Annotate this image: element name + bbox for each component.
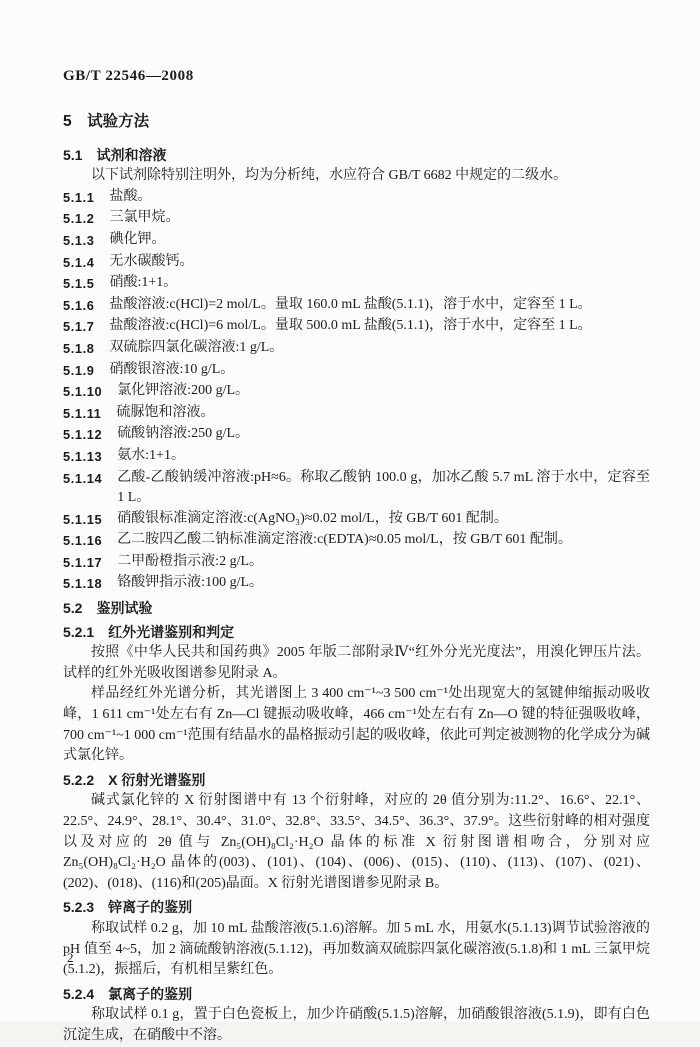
clause-5-1-18: 5.1.18 铬酸钾指示液:100 g/L。	[63, 573, 650, 595]
clause-number: 5.1.8	[63, 338, 94, 360]
clause-number: 5.1.1	[63, 187, 94, 209]
clause-text: 硫脲饱和溶液。	[116, 403, 650, 425]
clause-5-1-12: 5.1.12 硫酸钠溶液:250 g/L。	[63, 424, 650, 446]
clause-5-1-15: 5.1.15 硝酸银标准滴定溶液:c(AgNO₃)≈0.02 mol/L，按 G…	[63, 509, 650, 531]
clause-text: 氯化钾溶液:200 g/L。	[117, 381, 650, 403]
clause-text: 盐酸。	[109, 187, 650, 209]
clause-5-1-2: 5.1.2 三氯甲烷。	[63, 208, 650, 230]
paragraph-chloride-identification: 称取试样 0.1 g，置于白色瓷板上，加少许硝酸(5.1.5)溶解，加硝酸银溶液…	[63, 1005, 650, 1022]
section-5-2-4-heading: 5.2.4 氯离子的鉴别	[63, 984, 650, 1005]
section-5-2-1-heading: 5.2.1 红外光谱鉴别和判定	[63, 622, 650, 643]
clause-text: 碘化钾。	[109, 230, 650, 252]
clause-number: 5.1.18	[63, 573, 102, 595]
clause-text: 二甲酚橙指示液:2 g/L。	[117, 552, 650, 574]
clause-5-1-17: 5.1.17 二甲酚橙指示液:2 g/L。	[63, 552, 650, 574]
clause-number: 5.1.7	[63, 316, 94, 338]
clause-number: 5.1.13	[63, 446, 102, 468]
clause-5-1-5: 5.1.5 硝酸:1+1。	[63, 273, 650, 295]
clause-number: 5.1.4	[63, 252, 94, 274]
document-body: 5 试验方法 5.1 试剂和溶液 以下试剂除特别注明外，均为分析纯，水应符合 G…	[63, 112, 650, 1022]
clause-text: 三氯甲烷。	[109, 208, 650, 230]
clause-number: 5.1.16	[63, 530, 102, 552]
section-5-1-heading: 5.1 试剂和溶液	[63, 145, 650, 166]
clause-text: 硝酸:1+1。	[109, 273, 650, 295]
clause-number: 5.1.10	[63, 381, 102, 403]
clause-text: 无水碳酸钙。	[109, 252, 650, 274]
clause-5-1-9: 5.1.9 硝酸银溶液:10 g/L。	[63, 360, 650, 382]
clause-number: 5.1.12	[63, 424, 102, 446]
clause-text: 铬酸钾指示液:100 g/L。	[117, 573, 650, 595]
clause-number: 5.1.11	[63, 403, 101, 425]
section-5-1-intro: 以下试剂除特别注明外，均为分析纯，水应符合 GB/T 6682 中规定的二级水。	[63, 166, 650, 187]
paragraph-ir-result: 样品经红外光谱分析，其光谱图上 3 400 cm⁻¹~3 500 cm⁻¹处出现…	[63, 684, 650, 766]
clause-5-1-8: 5.1.8 双硫腙四氯化碳溶液:1 g/L。	[63, 338, 650, 360]
clause-text: 乙二胺四乙酸二钠标准滴定溶液:c(EDTA)≈0.05 mol/L，按 GB/T…	[117, 530, 650, 552]
paragraph-ir-method: 按照《中华人民共和国药典》2005 年版二部附录Ⅳ“红外分光光度法”，用溴化钾压…	[63, 643, 650, 684]
section-5-2-2-heading: 5.2.2 X 衍射光谱鉴别	[63, 770, 650, 791]
clause-5-1-3: 5.1.3 碘化钾。	[63, 230, 650, 252]
clause-5-1-10: 5.1.10 氯化钾溶液:200 g/L。	[63, 381, 650, 403]
clause-5-1-7: 5.1.7 盐酸溶液:c(HCl)=6 mol/L。量取 500.0 mL 盐酸…	[63, 316, 650, 338]
clause-5-1-16: 5.1.16 乙二胺四乙酸二钠标准滴定溶液:c(EDTA)≈0.05 mol/L…	[63, 530, 650, 552]
clause-5-1-1: 5.1.1 盐酸。	[63, 187, 650, 209]
paragraph-xrd: 碱式氯化锌的 X 衍射图谱中有 13 个衍射峰，对应的 2θ 值分别为:11.2…	[63, 791, 650, 894]
standard-number: GB/T 22546—2008	[63, 68, 650, 85]
clause-text: 乙酸-乙酸钠缓冲溶液:pH≈6。称取乙酸钠 100.0 g，加冰乙酸 5.7 m…	[117, 468, 650, 509]
section-5-2-heading: 5.2 鉴别试验	[63, 598, 650, 619]
clause-text: 硝酸银标准滴定溶液:c(AgNO₃)≈0.02 mol/L，按 GB/T 601…	[117, 509, 650, 531]
clause-5-1-14: 5.1.14 乙酸-乙酸钠缓冲溶液:pH≈6。称取乙酸钠 100.0 g，加冰乙…	[63, 468, 650, 509]
clause-5-1-13: 5.1.13 氨水:1+1。	[63, 446, 650, 468]
document-page: GB/T 22546—2008 5 试验方法 5.1 试剂和溶液 以下试剂除特别…	[0, 0, 700, 1022]
clause-number: 5.1.3	[63, 230, 94, 252]
clause-text: 硝酸银溶液:10 g/L。	[109, 360, 650, 382]
paragraph-zinc-identification: 称取试样 0.2 g，加 10 mL 盐酸溶液(5.1.6)溶解。加 5 mL …	[63, 919, 650, 981]
section-5-2-3-heading: 5.2.3 锌离子的鉴别	[63, 897, 650, 918]
clause-text: 盐酸溶液:c(HCl)=6 mol/L。量取 500.0 mL 盐酸(5.1.1…	[109, 316, 650, 338]
clause-number: 5.1.6	[63, 295, 94, 317]
clause-number: 5.1.15	[63, 509, 102, 531]
clause-text: 盐酸溶液:c(HCl)=2 mol/L。量取 160.0 mL 盐酸(5.1.1…	[109, 295, 650, 317]
clause-number: 5.1.14	[63, 468, 102, 509]
clause-text: 双硫腙四氯化碳溶液:1 g/L。	[109, 338, 650, 360]
clause-5-1-4: 5.1.4 无水碳酸钙。	[63, 252, 650, 274]
clause-number: 5.1.5	[63, 273, 94, 295]
clause-5-1-6: 5.1.6 盐酸溶液:c(HCl)=2 mol/L。量取 160.0 mL 盐酸…	[63, 295, 650, 317]
clause-number: 5.1.17	[63, 552, 102, 574]
clause-number: 5.1.2	[63, 208, 94, 230]
clause-text: 氨水:1+1。	[117, 446, 650, 468]
clause-5-1-11: 5.1.11 硫脲饱和溶液。	[63, 403, 650, 425]
clause-text: 硫酸钠溶液:250 g/L。	[117, 424, 650, 446]
section-5-heading: 5 试验方法	[63, 112, 650, 133]
clause-number: 5.1.9	[63, 360, 94, 382]
page-number: 2	[67, 950, 74, 966]
